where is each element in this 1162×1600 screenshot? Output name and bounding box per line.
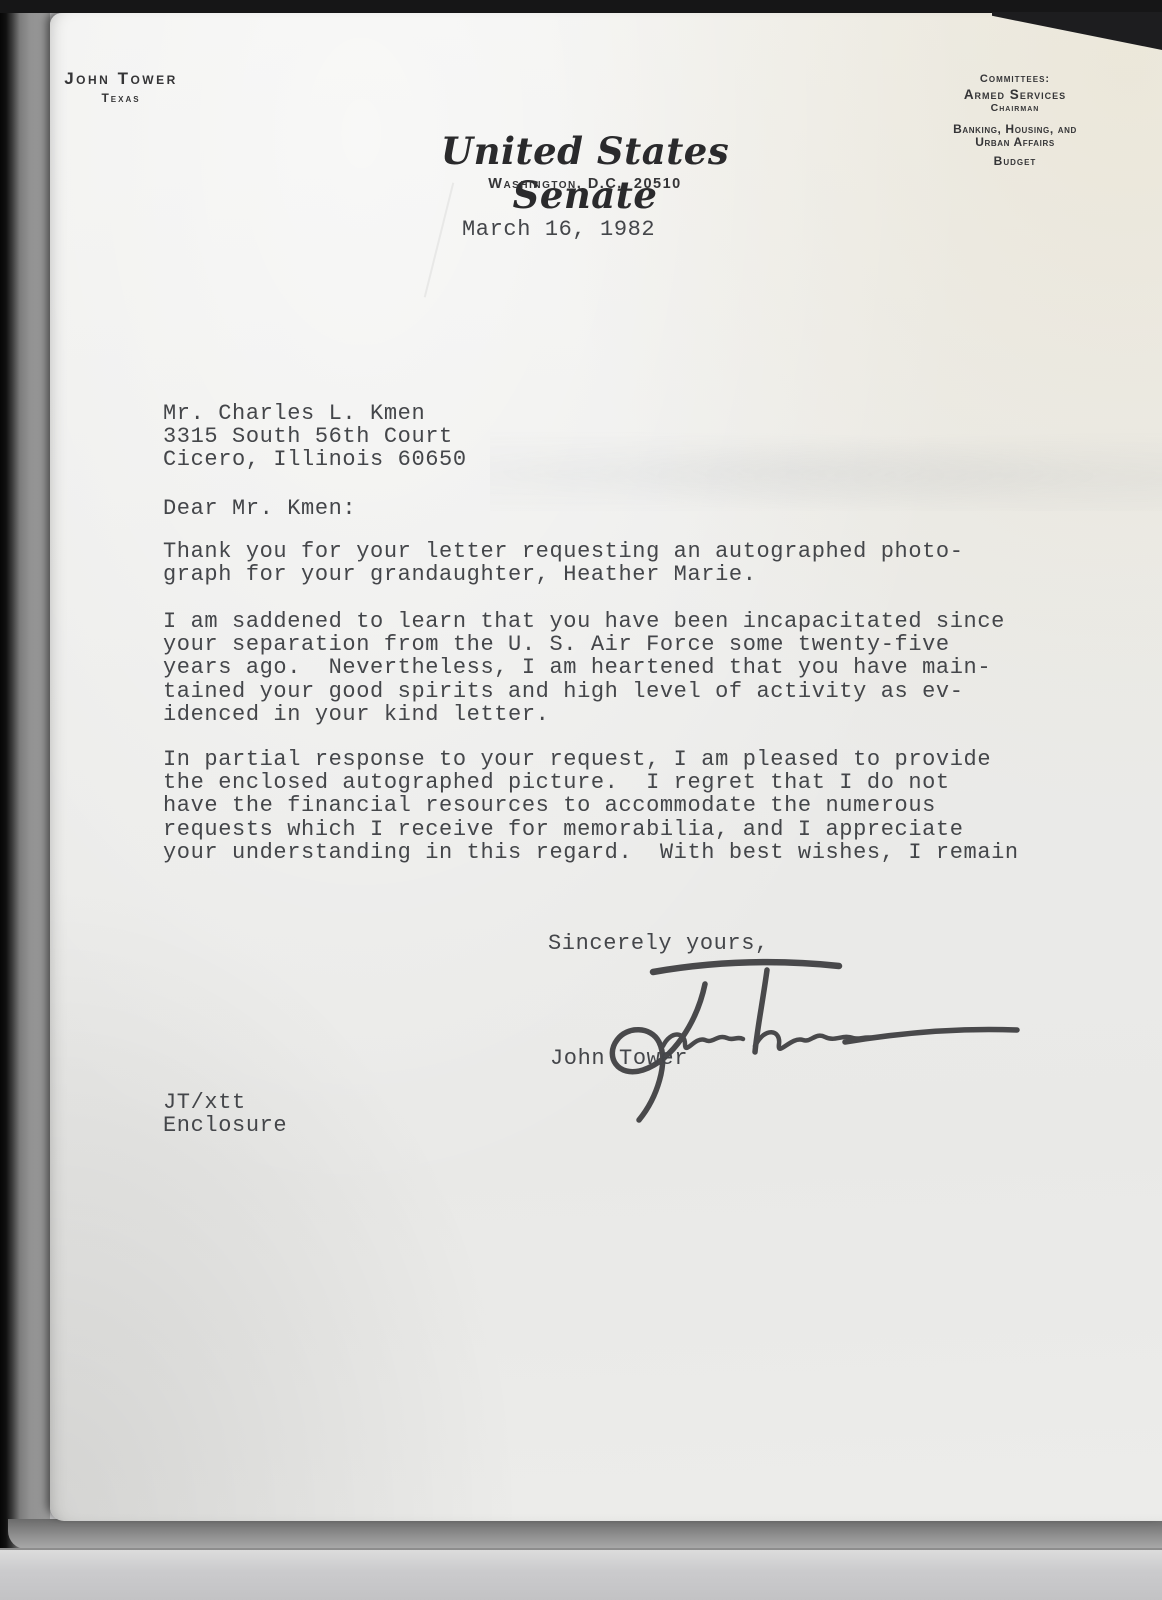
show-through-smudge	[490, 421, 1162, 511]
letter-paper: John Tower Texas United States Senate Wa…	[50, 13, 1162, 1521]
senate-wordmark: United States Senate	[385, 129, 785, 217]
committee-armed-services: Armed Services	[922, 87, 1108, 102]
senate-address: Washington, D.C. 20510	[385, 176, 785, 192]
sleeve-left-edge	[0, 0, 50, 1600]
salutation: Dear Mr. Kmen:	[163, 497, 356, 520]
body-line: requests which I receive for memorabilia…	[163, 818, 964, 841]
sender-name: John Tower	[58, 69, 184, 89]
body-line: In partial response to your request, I a…	[163, 748, 991, 771]
body-line: idenced in your kind letter.	[163, 703, 549, 726]
typed-signature-name: John Tower	[550, 1047, 688, 1070]
body-line: have the financial resources to accommod…	[163, 794, 936, 817]
scanned-letter: John Tower Texas United States Senate Wa…	[0, 0, 1162, 1600]
body-line: graph for your grandaughter, Heather Mar…	[163, 563, 757, 586]
body-line: the enclosed autographed picture. I regr…	[163, 771, 950, 794]
body-line: tained your good spirits and high level …	[163, 680, 964, 703]
committees-block: Committees: Armed Services Chairman Bank…	[922, 73, 1108, 178]
scan-background	[0, 1548, 1162, 1600]
recipient-name: Mr. Charles L. Kmen	[163, 402, 425, 425]
body-line: your understanding in this regard. With …	[163, 841, 1019, 864]
body-line: your separation from the U. S. Air Force…	[163, 633, 950, 656]
body-line: I am saddened to learn that you have bee…	[163, 610, 1005, 633]
sender-state: Texas	[58, 91, 184, 105]
sleeve-bottom-edge	[8, 1519, 1162, 1549]
recipient-street: 3315 South 56th Court	[163, 425, 453, 448]
body-line: years ago. Nevertheless, I am heartened …	[163, 656, 991, 679]
handwritten-signature	[505, 938, 1045, 1128]
reference-initials: JT/xtt	[163, 1091, 246, 1114]
letter-date: March 16, 1982	[462, 218, 655, 241]
committee-chairman-role: Chairman	[922, 102, 1108, 114]
sleeve-top-edge	[0, 0, 1162, 13]
recipient-city: Cicero, Illinois 60650	[163, 448, 467, 471]
committee-banking-line1: Banking, Housing, and	[922, 122, 1108, 136]
body-line: Thank you for your letter requesting an …	[163, 540, 964, 563]
enclosure-note: Enclosure	[163, 1114, 287, 1137]
committees-heading: Committees:	[922, 73, 1108, 85]
committee-banking-line2: Urban Affairs	[922, 135, 1108, 149]
committee-budget: Budget	[922, 154, 1108, 168]
